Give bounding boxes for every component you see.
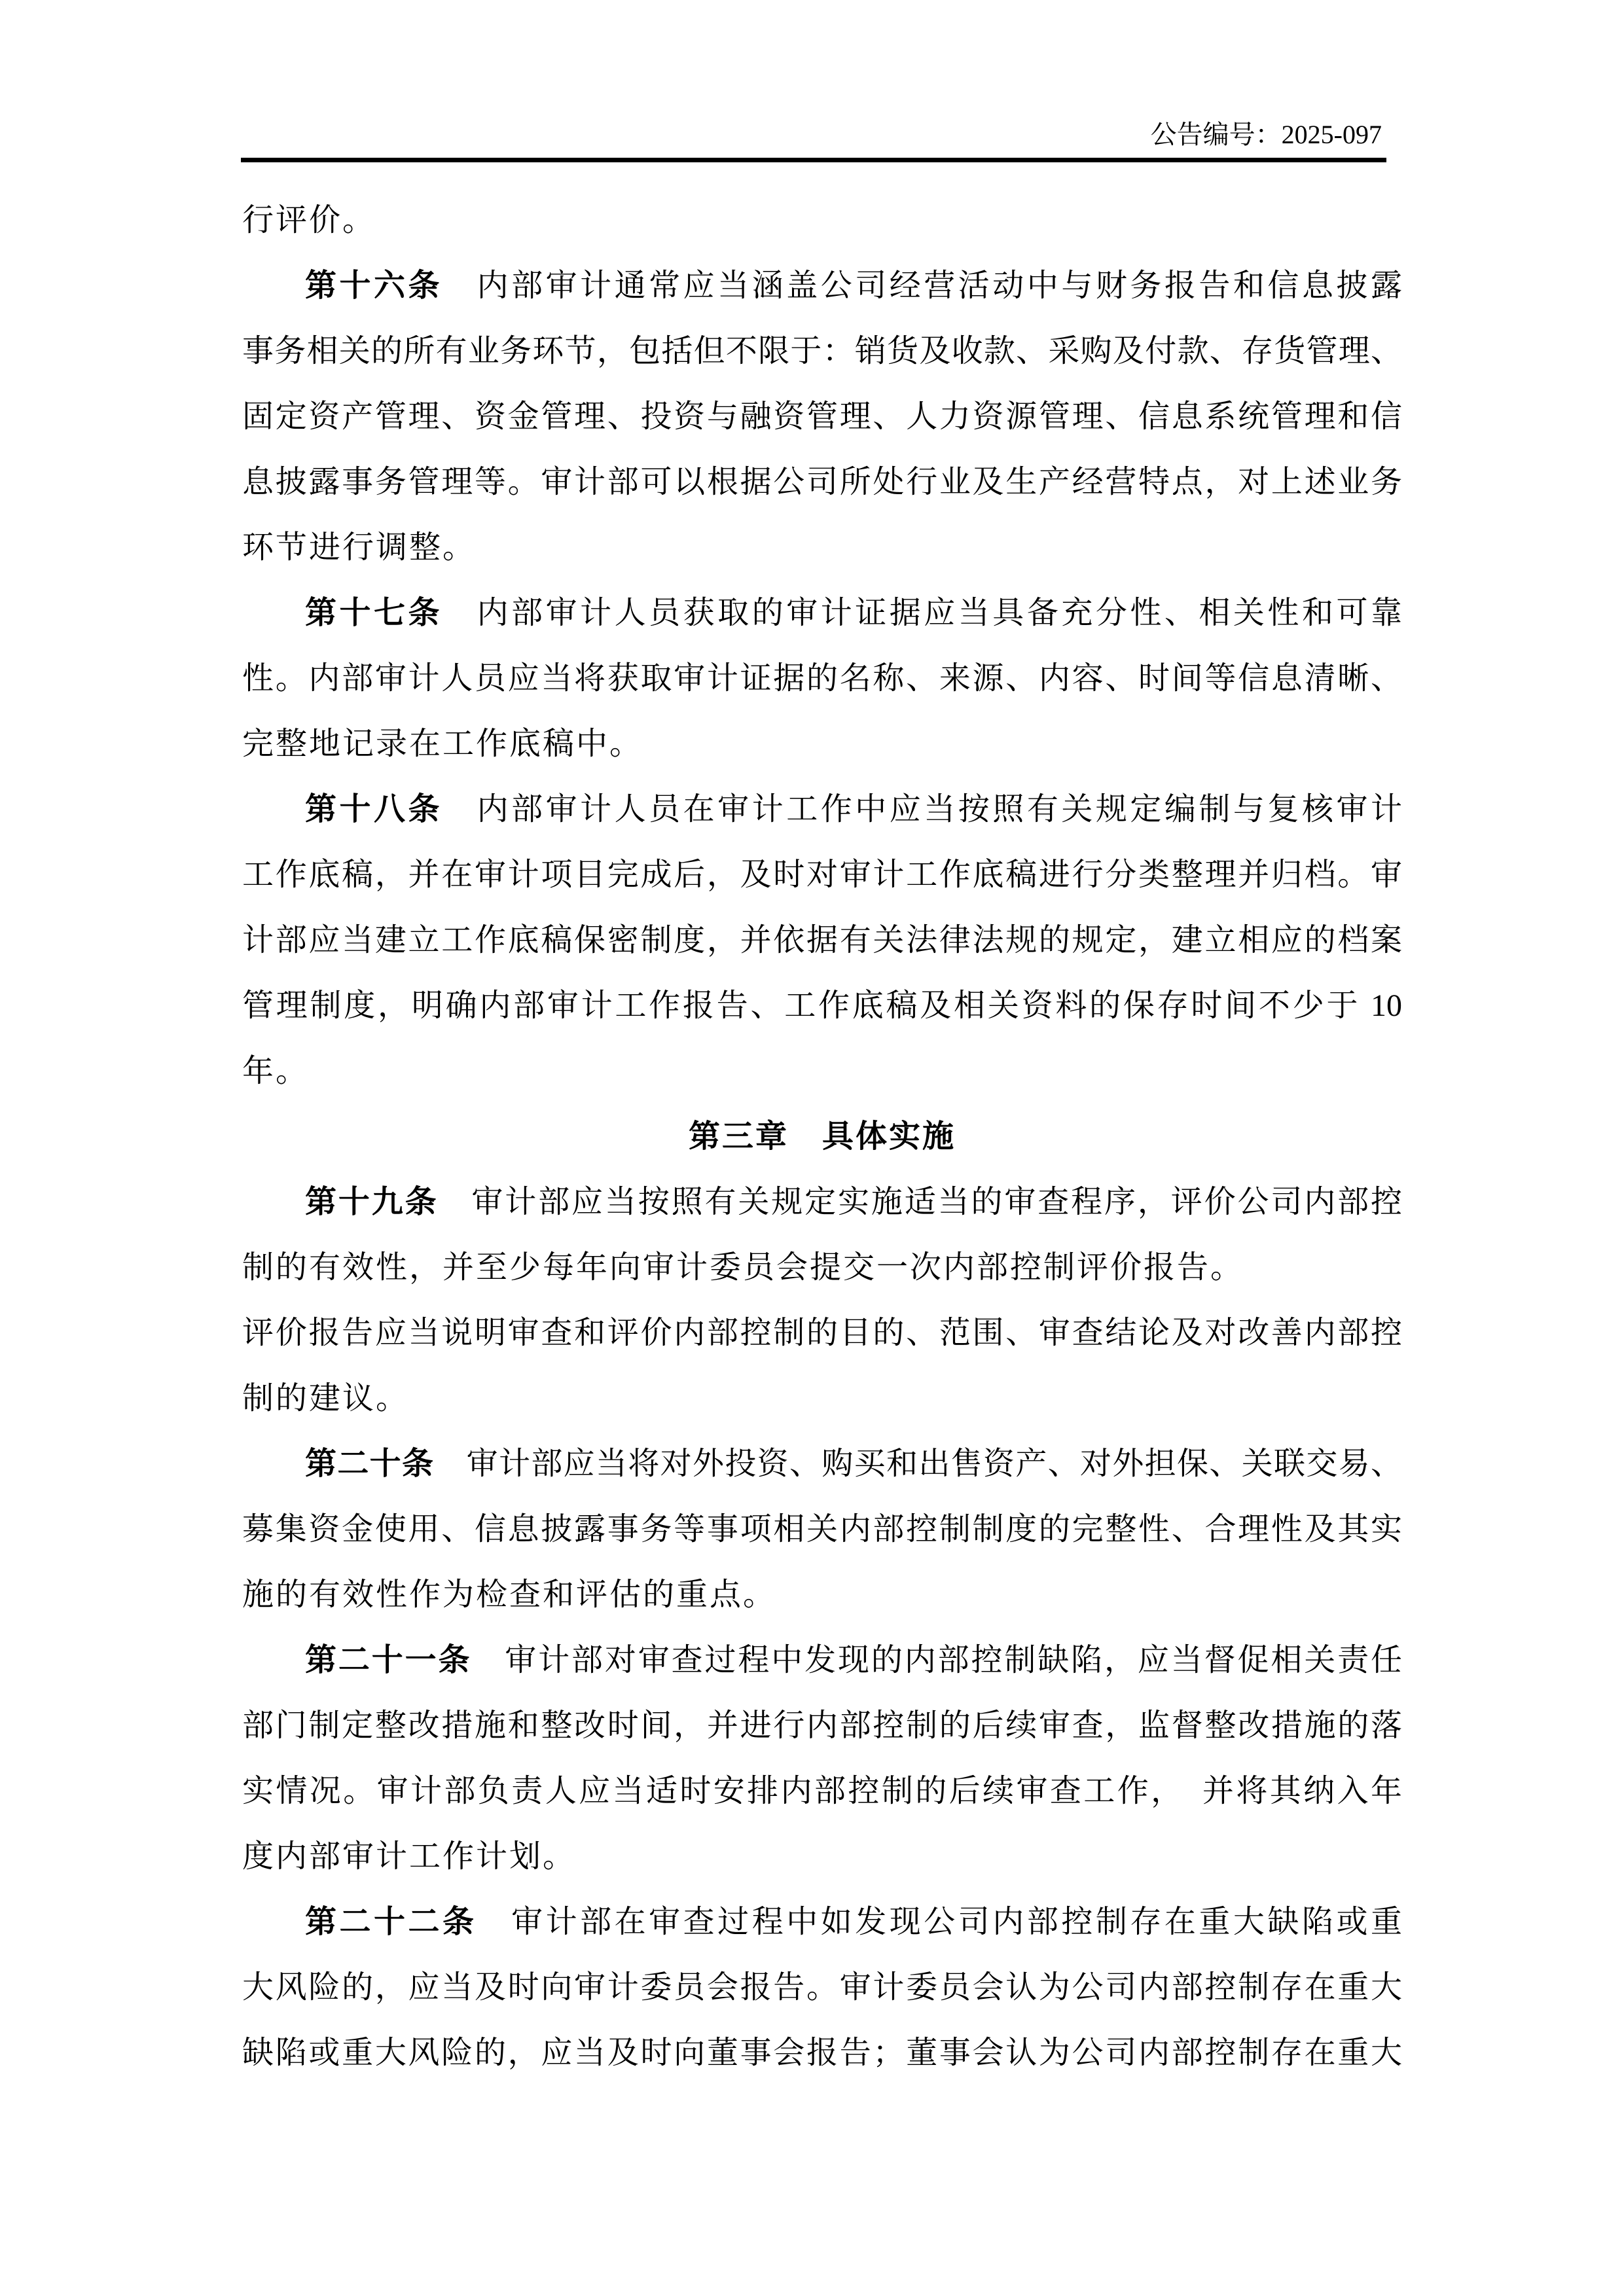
doc-line: 息披露事务管理等。审计部可以根据公司所处行业及生产经营特点，对上述业务 [242,450,1402,515]
article-number-label: 第二十条 [305,1446,434,1481]
article-number-label: 第十八条 [305,792,442,827]
line-text: 制的有效性，并至少每年向审计委员会提交一次内部控制评价报告。 [242,1250,1244,1285]
line-text: 内部审计人员获取的审计证据应当具备充分性、相关性和可靠 [442,596,1402,630]
line-text: 环节进行调整。 [242,530,476,565]
doc-line: 募集资金使用、信息披露事务等事项相关内部控制制度的完整性、合理性及其实 [242,1497,1402,1562]
chapter-heading-line: 第三章 具体实施 [242,1104,1402,1170]
doc-line: 环节进行调整。 [242,515,1402,581]
doc-line: 大风险的，应当及时向审计委员会报告。审计委员会认为公司内部控制存在重大 [242,1955,1402,2020]
line-text: 固定资产管理、资金管理、投资与融资管理、人力资源管理、信息系统管理和信 [242,399,1402,434]
line-text: 审计部对审查过程中发现的内部控制缺陷，应当督促相关责任 [471,1643,1402,1677]
document-page: 公告编号：2025-097 行评价。第十六条 内部审计通常应当涵盖公司经营活动中… [0,0,1624,2296]
doc-line: 制的有效性，并至少每年向审计委员会提交一次内部控制评价报告。 [242,1235,1402,1300]
doc-line: 部门制定整改措施和整改时间，并进行内部控制的后续审查，监督整改措施的落 [242,1693,1402,1759]
article-number-label: 第二十二条 [305,1905,477,1939]
line-text: 部门制定整改措施和整改时间，并进行内部控制的后续审查，监督整改措施的落 [242,1708,1402,1743]
line-text: 内部审计通常应当涵盖公司经营活动中与财务报告和信息披露 [442,268,1402,303]
header-divider [241,158,1386,162]
article-number-label: 第二十一条 [305,1643,471,1677]
line-text: 事务相关的所有业务环节，包括但不限于：销货及收款、采购及付款、存货管理、 [242,334,1402,368]
doc-line: 度内部审计工作计划。 [242,1824,1402,1890]
line-text: 审计部在审查过程中如发现公司内部控制存在重大缺陷或重 [477,1905,1402,1939]
line-text: 完整地记录在工作底稿中。 [242,726,643,761]
line-text: 第三章 具体实施 [689,1119,956,1154]
notice-number: 公告编号：2025-097 [1151,120,1382,149]
line-text: 工作底稿，并在审计项目完成后，及时对审计工作底稿进行分类整理并归档。审 [242,857,1402,892]
doc-line: 工作底稿，并在审计项目完成后，及时对审计工作底稿进行分类整理并归档。审 [242,842,1402,908]
line-text: 募集资金使用、信息披露事务等事项相关内部控制制度的完整性、合理性及其实 [242,1512,1402,1547]
line-text: 施的有效性作为检查和评估的重点。 [242,1577,776,1612]
line-text: 管理制度，明确内部审计工作报告、工作底稿及相关资料的保存时间不少于 10 [242,988,1402,1023]
doc-line: 计部应当建立工作底稿保密制度，并依据有关法律法规的规定，建立相应的档案 [242,908,1402,973]
line-text: 年。 [242,1054,309,1088]
doc-line: 管理制度，明确内部审计工作报告、工作底稿及相关资料的保存时间不少于 10 [242,973,1402,1039]
doc-line: 评价报告应当说明审查和评价内部控制的目的、范围、审查结论及对改善内部控 [242,1300,1402,1366]
doc-line: 性。内部审计人员应当将获取审计证据的名称、来源、内容、时间等信息清晰、 [242,646,1402,711]
doc-line: 第二十条 审计部应当将对外投资、购买和出售资产、对外担保、关联交易、 [242,1431,1402,1497]
doc-line: 第十七条 内部审计人员获取的审计证据应当具备充分性、相关性和可靠 [242,581,1402,646]
line-text: 行评价。 [242,203,376,238]
document-body: 行评价。第十六条 内部审计通常应当涵盖公司经营活动中与财务报告和信息披露事务相关… [242,188,1402,2086]
doc-line: 缺陷或重大风险的，应当及时向董事会报告；董事会认为公司内部控制存在重大 [242,2020,1402,2086]
line-text: 评价报告应当说明审查和评价内部控制的目的、范围、审查结论及对改善内部控 [242,1316,1402,1350]
doc-line: 行评价。 [242,188,1402,253]
line-text: 审计部应当按照有关规定实施适当的审查程序，评价公司内部控 [439,1185,1402,1219]
line-text: 缺陷或重大风险的，应当及时向董事会报告；董事会认为公司内部控制存在重大 [242,2036,1402,2070]
article-number-label: 第十七条 [305,596,442,630]
line-text: 实情况。审计部负责人应当适时安排内部控制的后续审查工作， 并将其纳入年 [242,1774,1402,1808]
line-text: 内部审计人员在审计工作中应当按照有关规定编制与复核审计 [442,792,1402,827]
article-number-label: 第十六条 [305,268,442,303]
line-text: 息披露事务管理等。审计部可以根据公司所处行业及生产经营特点，对上述业务 [242,465,1402,499]
line-text: 审计部应当将对外投资、购买和出售资产、对外担保、关联交易、 [434,1446,1402,1481]
doc-line: 第十八条 内部审计人员在审计工作中应当按照有关规定编制与复核审计 [242,777,1402,842]
line-text: 计部应当建立工作底稿保密制度，并依据有关法律法规的规定，建立相应的档案 [242,923,1402,958]
doc-line: 实情况。审计部负责人应当适时安排内部控制的后续审查工作， 并将其纳入年 [242,1759,1402,1824]
line-text: 制的建议。 [242,1381,409,1416]
article-number-label: 第十九条 [305,1185,439,1219]
doc-line: 完整地记录在工作底稿中。 [242,711,1402,777]
doc-line: 第十六条 内部审计通常应当涵盖公司经营活动中与财务报告和信息披露 [242,253,1402,319]
line-text: 大风险的，应当及时向审计委员会报告。审计委员会认为公司内部控制存在重大 [242,1970,1402,2005]
doc-line: 制的建议。 [242,1366,1402,1431]
doc-line: 固定资产管理、资金管理、投资与融资管理、人力资源管理、信息系统管理和信 [242,384,1402,450]
doc-line: 第二十二条 审计部在审查过程中如发现公司内部控制存在重大缺陷或重 [242,1890,1402,1955]
doc-line: 第二十一条 审计部对审查过程中发现的内部控制缺陷，应当督促相关责任 [242,1628,1402,1693]
line-text: 度内部审计工作计划。 [242,1839,576,1874]
doc-line: 施的有效性作为检查和评估的重点。 [242,1562,1402,1628]
doc-line: 第十九条 审计部应当按照有关规定实施适当的审查程序，评价公司内部控 [242,1170,1402,1235]
doc-line: 事务相关的所有业务环节，包括但不限于：销货及收款、采购及付款、存货管理、 [242,319,1402,384]
line-text: 性。内部审计人员应当将获取审计证据的名称、来源、内容、时间等信息清晰、 [242,661,1402,696]
doc-line: 年。 [242,1039,1402,1104]
